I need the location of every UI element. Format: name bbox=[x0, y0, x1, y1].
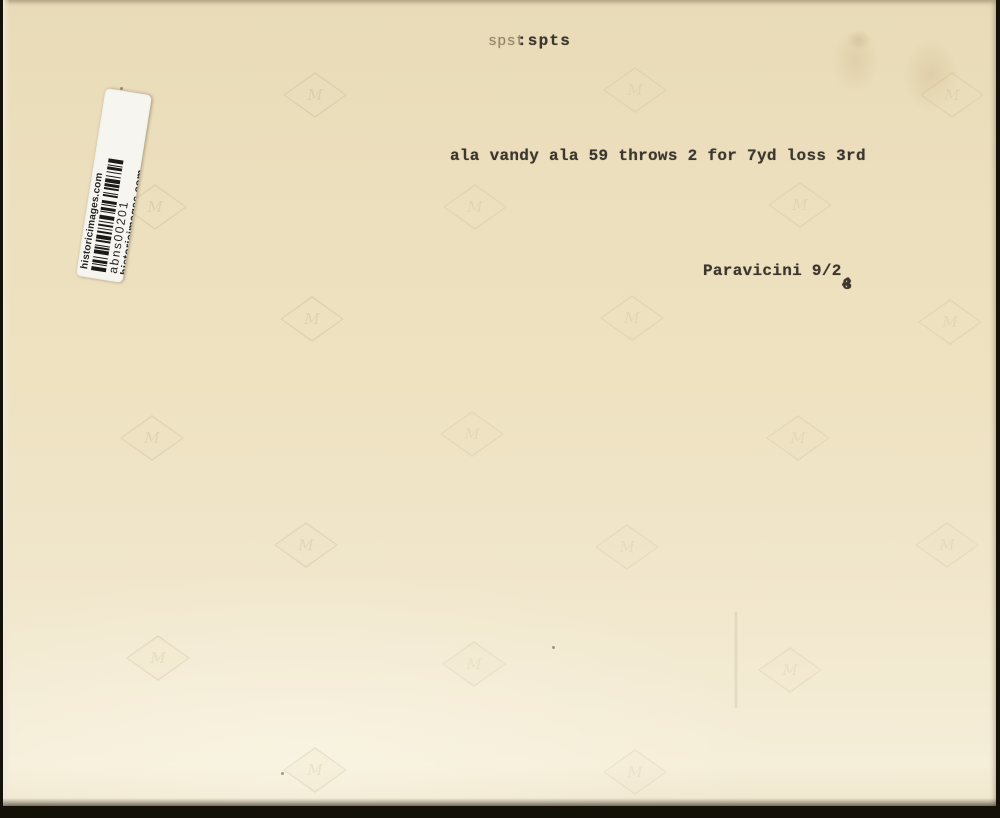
diamond-watermark-icon: M bbox=[443, 184, 507, 230]
diamond-watermark-icon: M bbox=[768, 182, 832, 228]
watermark-monogram: M bbox=[443, 184, 507, 230]
watermark-monogram: M bbox=[918, 299, 982, 345]
watermark-monogram: M bbox=[766, 415, 830, 461]
paper-crease bbox=[735, 612, 737, 708]
watermark-monogram: M bbox=[768, 182, 832, 228]
credit-text: Paravicini 9/2 bbox=[703, 262, 842, 280]
watermark-monogram: M bbox=[758, 647, 822, 693]
watermark-monogram: M bbox=[603, 67, 667, 113]
paper-speck bbox=[120, 87, 123, 90]
diamond-watermark-icon: M bbox=[283, 72, 347, 118]
diamond-watermark-icon: M bbox=[280, 296, 344, 342]
watermark-monogram: M bbox=[603, 749, 667, 795]
watermark-monogram: M bbox=[126, 635, 190, 681]
scanned-photo-back: MMMMMMMMMMMMMMMMMMMM spst :spts ala vand… bbox=[0, 0, 1000, 818]
diamond-watermark-icon: M bbox=[766, 415, 830, 461]
paper-speck bbox=[281, 772, 284, 775]
watermark-monogram: M bbox=[283, 72, 347, 118]
diamond-watermark-icon: M bbox=[126, 635, 190, 681]
diamond-watermark-icon: M bbox=[440, 411, 504, 457]
photo-paper: MMMMMMMMMMMMMMMMMMMM spst :spts ala vand… bbox=[3, 0, 996, 806]
barcode-sticker: historicimages.com abns00201 historicima… bbox=[76, 88, 152, 283]
diamond-watermark-icon: M bbox=[603, 749, 667, 795]
diamond-watermark-icon: M bbox=[920, 72, 984, 118]
diamond-watermark-icon: M bbox=[915, 522, 979, 568]
diamond-watermark-icon: M bbox=[283, 747, 347, 793]
caption-text: ala vandy ala 59 throws 2 for 7yd loss 3… bbox=[450, 147, 866, 165]
credit-line: Paravicini 9/284 bbox=[703, 262, 852, 280]
watermark-monogram: M bbox=[595, 524, 659, 570]
diamond-watermark-icon: M bbox=[120, 415, 184, 461]
diamond-watermark-icon: M bbox=[595, 524, 659, 570]
overstruck-digit-over: 4 bbox=[842, 275, 852, 293]
watermark-monogram: M bbox=[283, 747, 347, 793]
diamond-watermark-icon: M bbox=[274, 522, 338, 568]
watermark-monogram: M bbox=[442, 641, 506, 687]
watermark-monogram: M bbox=[120, 415, 184, 461]
watermark-monogram: M bbox=[280, 296, 344, 342]
watermark-monogram: M bbox=[920, 72, 984, 118]
diamond-watermark-icon: M bbox=[603, 67, 667, 113]
diamond-watermark-icon: M bbox=[918, 299, 982, 345]
watermark-monogram: M bbox=[274, 522, 338, 568]
watermark-monogram: M bbox=[440, 411, 504, 457]
watermark-monogram: M bbox=[600, 295, 664, 341]
overtyped-text: :spts bbox=[517, 32, 571, 50]
watermark-monogram: M bbox=[915, 522, 979, 568]
paper-speck bbox=[552, 646, 555, 649]
diamond-watermark-icon: M bbox=[600, 295, 664, 341]
diamond-watermark-icon: M bbox=[758, 647, 822, 693]
diamond-watermark-icon: M bbox=[442, 641, 506, 687]
